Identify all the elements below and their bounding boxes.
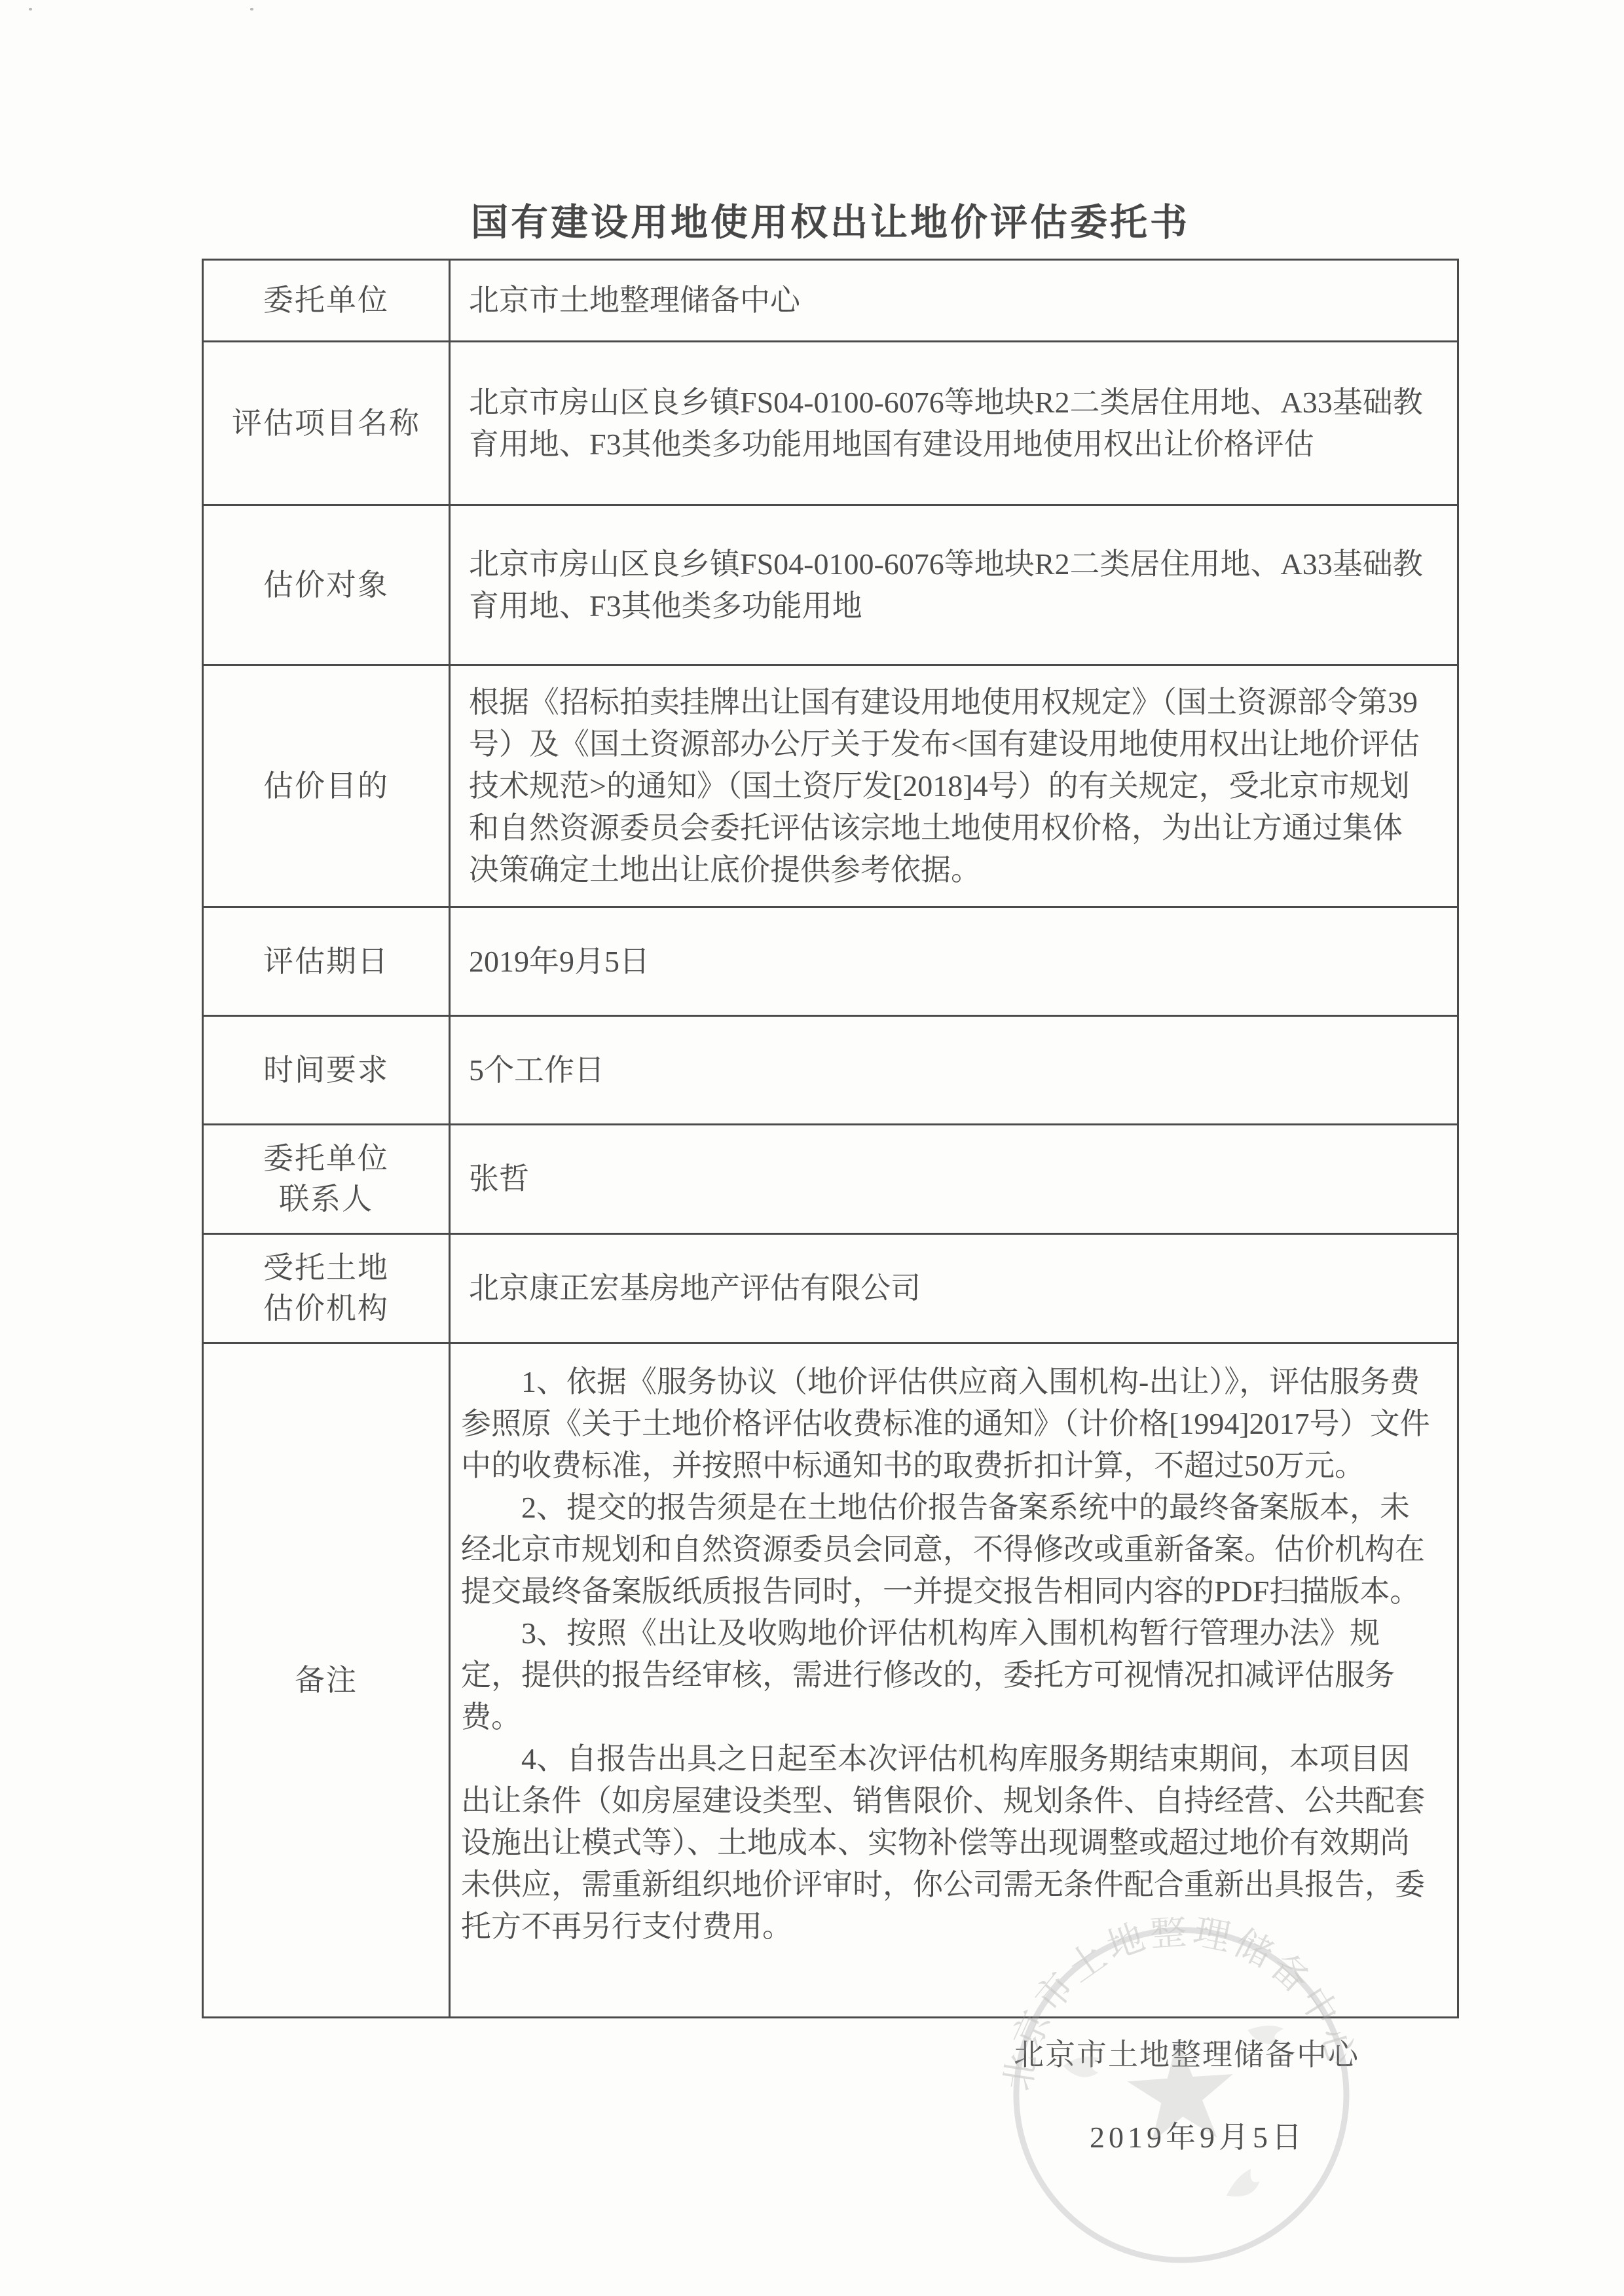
label-text: 委托单位: [263, 280, 389, 321]
signature-date: 2019年9月5日: [1090, 2113, 1306, 2157]
remarks-item-4: 4、自报告出具之日起至本次评估机构库服务期结束期间，本项目因出让条件（如房屋建设…: [461, 1738, 1437, 1948]
value-text: 2019年9月5日: [469, 941, 650, 983]
table-row-remarks: 备注 1、依据《服务协议（地价评估供应商入围机构-出让）》，评估服务费参照原《关…: [204, 1344, 1457, 2016]
table-row-valuation-date: 评估期日 2019年9月5日: [204, 908, 1457, 1017]
table-row-valuation-object: 估价对象 北京市房山区良乡镇FS04-0100-6076等地块R2二类居住用地、…: [204, 506, 1457, 666]
scanned-document-page: 国有建设用地使用权出让地价评估委托书 委托单位 北京市土地整理储备中心 评估项目…: [0, 0, 1624, 2296]
value-text: 5个工作日: [469, 1049, 604, 1091]
scan-dust-speck: [29, 8, 32, 10]
row-label-commissioning-unit: 委托单位: [204, 261, 451, 340]
label-text-line2: 联系人: [279, 1179, 373, 1220]
label-text: 时间要求: [263, 1050, 389, 1091]
label-text: 评估项目名称: [232, 403, 420, 444]
label-text: 估价对象: [263, 565, 389, 606]
row-label-remarks: 备注: [204, 1344, 451, 2016]
label-text: 备注: [295, 1660, 358, 1701]
row-value-valuation-purpose: 根据《招标拍卖挂牌出让国有建设用地使用权规定》（国土资源部令第39号）及《国土资…: [451, 666, 1457, 906]
label-text-line1: 委托单位: [263, 1139, 389, 1179]
remarks-item-2: 2、提交的报告须是在土地估价报告备案系统中的最终备案版本，未经北京市规划和自然资…: [461, 1487, 1437, 1613]
row-label-entrusted-agency: 受托土地 估价机构: [204, 1235, 451, 1342]
row-value-commissioning-unit: 北京市土地整理储备中心: [451, 261, 1457, 340]
value-text: 张哲: [469, 1158, 529, 1200]
row-value-remarks: 1、依据《服务协议（地价评估供应商入围机构-出让）》，评估服务费参照原《关于土地…: [451, 1344, 1457, 2016]
remarks-item-3: 3、按照《出让及收购地价评估机构库入围机构暂行管理办法》规定，提供的报告经审核，…: [461, 1613, 1437, 1738]
row-label-time-requirement: 时间要求: [204, 1017, 451, 1123]
value-text: 北京市房山区良乡镇FS04-0100-6076等地块R2二类居住用地、A33基础…: [469, 543, 1431, 627]
row-value-valuation-object: 北京市房山区良乡镇FS04-0100-6076等地块R2二类居住用地、A33基础…: [451, 506, 1457, 664]
row-label-project-name: 评估项目名称: [204, 342, 451, 504]
row-value-entrusted-agency: 北京康正宏基房地产评估有限公司: [451, 1235, 1457, 1342]
value-text: 北京康正宏基房地产评估有限公司: [469, 1267, 921, 1309]
signature-organization: 北京市土地整理储备中心: [1014, 2031, 1359, 2074]
row-value-contact-person: 张哲: [451, 1125, 1457, 1233]
row-label-valuation-object: 估价对象: [204, 506, 451, 664]
row-value-time-requirement: 5个工作日: [451, 1017, 1457, 1123]
label-text: 评估期日: [263, 941, 389, 982]
row-value-valuation-date: 2019年9月5日: [451, 908, 1457, 1015]
row-label-valuation-date: 评估期日: [204, 908, 451, 1015]
row-label-valuation-purpose: 估价目的: [204, 666, 451, 906]
remarks-body: 1、依据《服务协议（地价评估供应商入围机构-出让）》，评估服务费参照原《关于土地…: [461, 1361, 1437, 1948]
label-text-line1: 受托土地: [263, 1248, 389, 1288]
table-row-contact-person: 委托单位 联系人 张哲: [204, 1125, 1457, 1235]
value-text: 根据《招标拍卖挂牌出让国有建设用地使用权规定》（国土资源部令第39号）及《国土资…: [469, 682, 1431, 891]
table-row-valuation-purpose: 估价目的 根据《招标拍卖挂牌出让国有建设用地使用权规定》（国土资源部令第39号）…: [204, 666, 1457, 908]
document-title: 国有建设用地使用权出让地价评估委托书: [202, 192, 1459, 246]
value-text: 北京市土地整理储备中心: [469, 280, 800, 321]
scan-dust-speck: [250, 8, 253, 10]
table-row-commissioning-unit: 委托单位 北京市土地整理储备中心: [204, 261, 1457, 342]
table-row-project-name: 评估项目名称 北京市房山区良乡镇FS04-0100-6076等地块R2二类居住用…: [204, 342, 1457, 506]
commission-table: 委托单位 北京市土地整理储备中心 评估项目名称 北京市房山区良乡镇FS04-01…: [202, 259, 1459, 2018]
label-text-line2: 估价机构: [263, 1288, 389, 1329]
remarks-item-1: 1、依据《服务协议（地价评估供应商入围机构-出让）》，评估服务费参照原《关于土地…: [461, 1361, 1437, 1487]
row-value-project-name: 北京市房山区良乡镇FS04-0100-6076等地块R2二类居住用地、A33基础…: [451, 342, 1457, 504]
value-text: 北京市房山区良乡镇FS04-0100-6076等地块R2二类居住用地、A33基础…: [469, 382, 1431, 465]
table-row-entrusted-agency: 受托土地 估价机构 北京康正宏基房地产评估有限公司: [204, 1235, 1457, 1344]
row-label-contact-person: 委托单位 联系人: [204, 1125, 451, 1233]
table-row-time-requirement: 时间要求 5个工作日: [204, 1017, 1457, 1125]
label-text: 估价目的: [263, 766, 389, 807]
